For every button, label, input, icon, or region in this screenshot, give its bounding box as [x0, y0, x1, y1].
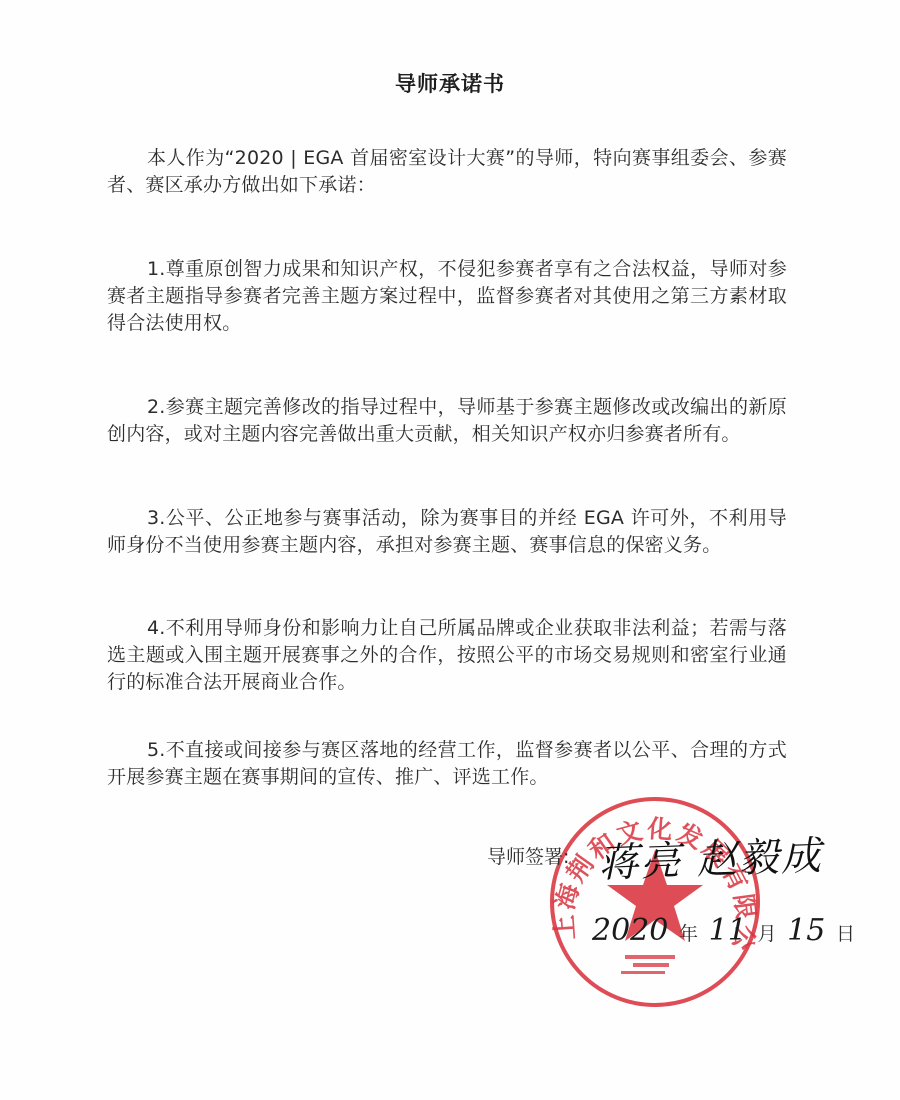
commitment-5: 5.不直接或间接参与赛区落地的经营工作，监督参赛者以公平、合理的方式开展参赛主题…	[107, 737, 787, 791]
date-year: 2020	[592, 913, 668, 948]
date-day: 15	[787, 913, 825, 948]
commitment-2: 2.参赛主题完善修改的指导过程中，导师基于参赛主题修改或改编出的新原创内容，或对…	[107, 394, 787, 448]
intro-paragraph: 本人作为“2020 | EGA 首届密室设计大赛”的导师，特向赛事组委会、参赛者…	[107, 145, 787, 199]
date-year-unit: 年	[679, 923, 698, 945]
date-day-unit: 日	[836, 923, 855, 945]
commitment-4: 4.不利用导师身份和影响力让自己所属品牌或企业获取非法利益；若需与落选主题或入围…	[107, 615, 787, 696]
date-month-unit: 月	[757, 923, 776, 945]
signing-date: 2020 年 11 月 15 日	[592, 913, 858, 948]
handwritten-signature: 蒋亮 赵毅成	[597, 824, 824, 889]
document-page: 导师承诺书 本人作为“2020 | EGA 首届密室设计大赛”的导师，特向赛事组…	[0, 0, 900, 1100]
document-title: 导师承诺书	[0, 68, 900, 98]
commitment-3: 3.公平、公正地参与赛事活动，除为赛事目的并经 EGA 许可外，不利用导师身份不…	[107, 505, 787, 559]
commitment-1: 1.尊重原创智力成果和知识产权，不侵犯参赛者享有之合法权益，导师对参赛者主题指导…	[107, 256, 787, 337]
date-month: 11	[709, 913, 747, 948]
signature-label: 导师签署:	[487, 842, 569, 869]
